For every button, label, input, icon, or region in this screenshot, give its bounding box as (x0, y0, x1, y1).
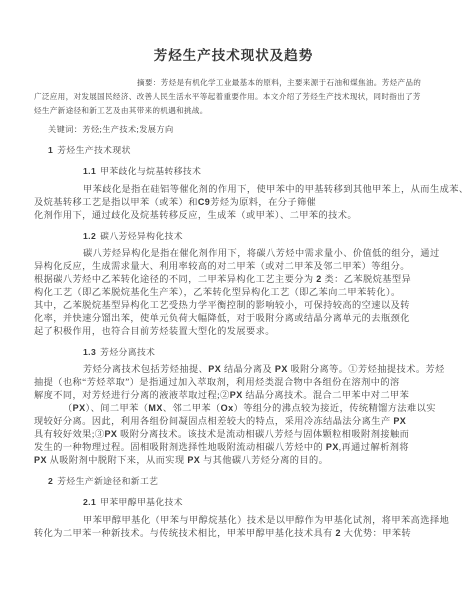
heading-number: 1.1 (83, 166, 96, 176)
paragraph-line: 具有较好效果;③PX 吸附分离技术。该技术是流动相碳八芳烃与固体颗粒相吸附剂接触… (34, 428, 433, 441)
paragraph-line: 及烷基转移工艺是指以甲苯（或苯）和C9芳烃为原料，在分子筛催 (34, 196, 433, 209)
paragraph-line: 现较好分离。因此，利用各组份间凝固点相差较大的特点，采用冷冻结晶法分离生产 PX (34, 415, 433, 428)
heading-text: 芳烃生产技术现状 (57, 145, 131, 155)
section-heading-2-1: 2.1甲苯甲醇甲基化技术 (34, 496, 433, 509)
paragraph-line: 甲苯甲醇甲基化（甲苯与甲醇烷基化）技术是以甲醇作为甲基化试剂，将甲苯高选择地 (34, 514, 433, 527)
document-page: 芳烃生产技术现状及趋势 摘要：芳烃是有机化学工业最基本的原料，主要来源于石油和煤… (0, 0, 463, 600)
paragraph-2-1: 甲苯甲醇甲基化（甲苯与甲醇烷基化）技术是以甲醇作为甲基化试剂，将甲苯高选择地 转… (34, 514, 433, 540)
section-heading-1-2: 1.2碳八芳烃异构化技术 (34, 230, 433, 243)
paragraph-line: 芳烃分离技术包括芳烃抽提、PX 结晶分离及 PX 吸附分离等。①芳烃抽提技术。芳… (34, 363, 433, 376)
paragraph-line: 发生的一种物理过程。固相吸附剂选择性地吸附流动相碳八芳烃中的 PX,再通过解析剂… (34, 441, 433, 454)
section-heading-1-3: 1.3芳烃分离技术 (34, 346, 433, 359)
heading-number: 1.2 (83, 231, 96, 241)
section-heading-1: 1芳烃生产技术现状 (34, 144, 433, 157)
paragraph-line: 化剂作用下，通过歧化及烷基转移反应，生成苯（或甲苯）、二甲苯的技术。 (34, 209, 433, 222)
heading-number: 1 (48, 145, 53, 155)
heading-text: 甲苯歧化与烷基转移技术 (100, 166, 201, 176)
paragraph-line: （PX）、间二甲苯（MX、邻二甲苯（Ox）等组分的沸点较为接近，传统精馏方法难以… (34, 402, 433, 415)
paragraph-line: 碳八芳烃异构化是指在催化剂作用下，将碳八芳烃中需求量小、价值低的组分，通过 (34, 247, 433, 260)
heading-text: 芳烃分离技术 (100, 347, 155, 357)
paragraph-line: 化率，并快速分馏出苯，使单元负荷大幅降低，对于吸附分离或结晶分离单元的去瓶颈化 (34, 312, 433, 325)
heading-text: 芳烃生产新途径和新工艺 (57, 476, 158, 486)
paragraph-1-1: 甲苯歧化是指在硅铝等催化剂的作用下，使甲苯中的甲基转移到其他甲苯上，从而生成苯、… (34, 183, 433, 222)
heading-number: 1.3 (83, 347, 96, 357)
paragraph-1-3: 芳烃分离技术包括芳烃抽提、PX 结晶分离及 PX 吸附分离等。①芳烃抽提技术。芳… (34, 363, 433, 467)
paragraph-line: 抽提（也称“芳烃萃取”）是指通过加入萃取剂，利用烃类混合物中各组份在溶剂中的溶 (34, 376, 433, 389)
heading-text: 甲苯甲醇甲基化技术 (100, 497, 183, 507)
paragraph-line: 根据碳八芳烃中乙苯转化途径的不同，二甲苯异构化工艺主要分为 2 类：乙苯脱烷基型… (34, 273, 433, 286)
paragraph-line: 甲苯歧化是指在硅铝等催化剂的作用下，使甲苯中的甲基转移到其他甲苯上，从而生成苯、… (34, 183, 433, 196)
paragraph-line: 解度不同，对芳烃进行分离的液液萃取过程;②PX 结晶分离技术。混合二甲苯中对二甲… (34, 389, 433, 402)
paragraph-line: 转化为二甲苯一种新技术。与传统技术相比，甲苯甲醇甲基化技术具有 2 大优势：甲苯… (34, 527, 433, 540)
page-title: 芳烃生产技术现状及趋势 (34, 46, 433, 65)
section-heading-1-1: 1.1甲苯歧化与烷基转移技术 (34, 165, 433, 178)
section-heading-2: 2芳烃生产新途径和新工艺 (34, 475, 433, 488)
paragraph-line: PX 从吸附剂中脱附下来，从而实现 PX 与其他碳八芳烃分离的目的。 (34, 454, 433, 467)
paragraph-1-2: 碳八芳烃异构化是指在催化剂作用下，将碳八芳烃中需求量小、价值低的组分，通过 异构… (34, 247, 433, 338)
paragraph-line: 其中，乙苯脱烷基型异构化工艺受热力学平衡控制的影响较小，可保持较高的空速以及转 (34, 299, 433, 312)
heading-text: 碳八芳烃异构化技术 (100, 231, 183, 241)
heading-number: 2 (48, 476, 53, 486)
heading-number: 2.1 (83, 497, 96, 507)
keywords-line: 关键词：芳烃;生产技术;发展方向 (34, 123, 433, 136)
abstract-line: 摘要：芳烃是有机化学工业最基本的原料，主要来源于石油和煤焦油。芳烃产品的 (34, 76, 433, 90)
paragraph-line: 异构化反应，生成需求量大、利用率较高的对二甲苯（或对二甲苯及邻二甲苯）等组分。 (34, 260, 433, 273)
abstract-line: 广泛应用，对发展国民经济、改善人民生活水平等起着重要作用。本文介绍了芳烃生产技术… (34, 90, 433, 104)
abstract-paragraph: 摘要：芳烃是有机化学工业最基本的原料，主要来源于石油和煤焦油。芳烃产品的 广泛应… (34, 76, 433, 119)
page-content: 芳烃生产技术现状及趋势 摘要：芳烃是有机化学工业最基本的原料，主要来源于石油和煤… (0, 0, 463, 540)
paragraph-line: 构化工艺（即乙苯脱烷基化生产苯），乙苯转化型异构化工艺（即乙苯向二甲苯转化）。 (34, 286, 433, 299)
abstract-line: 烃生产新途径和新工艺及由其带来的机遇和挑战。 (34, 104, 433, 118)
paragraph-line: 起了积极作用，也符合目前芳烃装置大型化的发展要求。 (34, 325, 433, 338)
